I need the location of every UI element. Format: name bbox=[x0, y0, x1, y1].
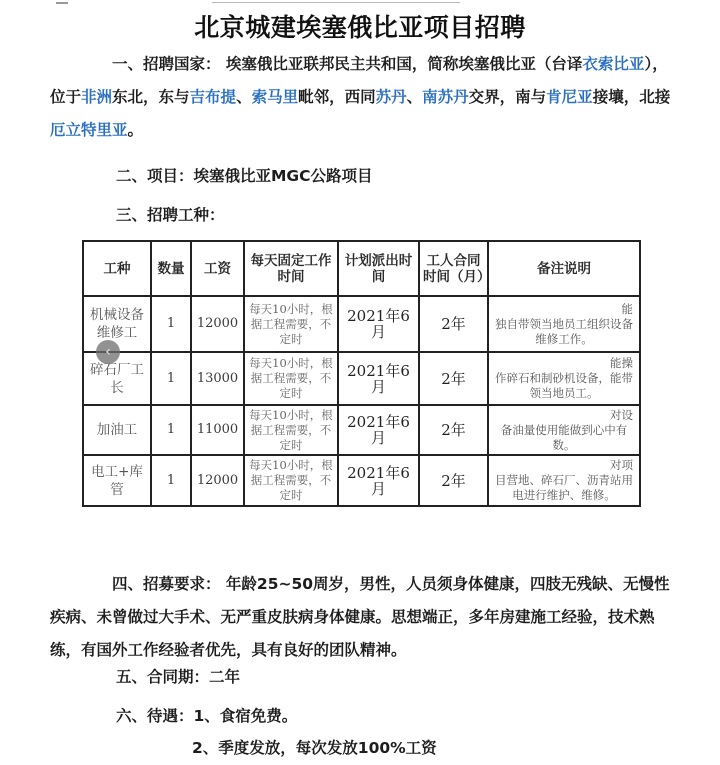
table-row: 电工+库管 1 12000 每天10小时，根据工程需要，不定时 2021年6月 … bbox=[83, 455, 640, 506]
section-requirements: 四、招募要求： 年龄25~50周岁，男性，人员须身体健康，四肢无残缺、无慢性疾病… bbox=[50, 568, 680, 667]
text-segment: 东北，东与 bbox=[112, 88, 190, 106]
cell-dispatch: 2021年6月 bbox=[338, 455, 419, 506]
header-contract: 工人合同时间（月） bbox=[419, 241, 488, 296]
table-header-row: 工种 数量 工资 每天固定工作时间 计划派出时间 工人合同时间（月） 备注说明 bbox=[83, 241, 640, 296]
page-title: 北京城建埃塞俄比亚项目招聘 bbox=[0, 8, 720, 44]
cell-dispatch: 2021年6月 bbox=[338, 296, 419, 352]
table-row: 加油工 1 11000 每天10小时，根据工程需要，不定时 2021年6月 2年… bbox=[83, 405, 640, 455]
cell-remark: 能独自带领当地员工组织设备维修工作。 bbox=[488, 296, 640, 352]
text-segment: 交界，南与 bbox=[469, 88, 547, 106]
section-contract-period: 五、合同期：二年 bbox=[116, 665, 240, 687]
cell-count: 1 bbox=[151, 352, 191, 405]
cell-count: 1 bbox=[151, 296, 191, 352]
job-table: 工种 数量 工资 每天固定工作时间 计划派出时间 工人合同时间（月） 备注说明 … bbox=[82, 240, 641, 507]
cell-hours: 每天10小时，根据工程需要，不定时 bbox=[244, 405, 338, 455]
place-link[interactable]: 厄立特里亚 bbox=[50, 121, 128, 139]
place-link[interactable]: 衣索比亚 bbox=[582, 55, 644, 73]
section-label: 一、招聘国家： bbox=[112, 55, 221, 73]
cell-job: 电工+库管 bbox=[83, 455, 151, 506]
header-job: 工种 bbox=[83, 241, 151, 296]
cell-remark: 对项目营地、碎石厂、沥青站用电进行维护、维修。 bbox=[488, 455, 640, 506]
section-job-types: 三、招聘工种： bbox=[116, 203, 225, 225]
cell-salary: 13000 bbox=[191, 352, 244, 405]
section-benefits: 六、待遇：1、食宿免费。 bbox=[116, 704, 297, 726]
table-row: 碎石厂工长 1 13000 每天10小时，根据工程需要，不定时 2021年6月 … bbox=[83, 352, 640, 405]
place-link[interactable]: 南苏丹 bbox=[422, 88, 469, 106]
cell-job: 加油工 bbox=[83, 405, 151, 455]
cell-hours: 每天10小时，根据工程需要，不定时 bbox=[244, 352, 338, 405]
section-label: 四、招募要求： bbox=[112, 575, 221, 593]
section-benefits-item-2: 2、季度发放，每次发放100%工资 bbox=[192, 736, 437, 758]
cell-hours: 每天10小时，根据工程需要，不定时 bbox=[244, 455, 338, 506]
cell-contract: 2年 bbox=[419, 296, 488, 352]
place-link[interactable]: 索马里 bbox=[252, 88, 299, 106]
cell-count: 1 bbox=[151, 405, 191, 455]
text-segment: 埃塞俄比亚联邦民主共和国，简称埃塞俄比亚（台译 bbox=[221, 55, 583, 73]
cell-remark: 对设备油量使用能做到心中有数。 bbox=[488, 405, 640, 455]
section-recruit-country: 一、招聘国家： 埃塞俄比亚联邦民主共和国，简称埃塞俄比亚（台译衣索比亚），位于非… bbox=[50, 48, 680, 147]
cell-contract: 2年 bbox=[419, 352, 488, 405]
place-link[interactable]: 苏丹 bbox=[376, 88, 407, 106]
cell-salary: 12000 bbox=[191, 296, 244, 352]
cell-dispatch: 2021年6月 bbox=[338, 352, 419, 405]
cell-contract: 2年 bbox=[419, 405, 488, 455]
section-project: 二、项目：埃塞俄比亚MGC公路项目 bbox=[116, 164, 373, 186]
cell-hours: 每天10小时，根据工程需要，不定时 bbox=[244, 296, 338, 352]
cell-dispatch: 2021年6月 bbox=[338, 405, 419, 455]
cell-count: 1 bbox=[151, 455, 191, 506]
header-dispatch: 计划派出时间 bbox=[338, 241, 419, 296]
text-segment: 、 bbox=[236, 88, 252, 106]
chevron-left-icon: ‹ bbox=[105, 344, 111, 360]
header-hours: 每天固定工作时间 bbox=[244, 241, 338, 296]
place-link[interactable]: 吉布提 bbox=[190, 88, 237, 106]
place-link[interactable]: 非洲 bbox=[81, 88, 112, 106]
text-segment: 。 bbox=[128, 121, 144, 139]
header-remark: 备注说明 bbox=[488, 241, 640, 296]
cell-job: 碎石厂工长 bbox=[83, 352, 151, 405]
cell-salary: 11000 bbox=[191, 405, 244, 455]
table-row: 机械设备维修工 1 12000 每天10小时，根据工程需要，不定时 2021年6… bbox=[83, 296, 640, 352]
header-count: 数量 bbox=[151, 241, 191, 296]
top-rule bbox=[56, 2, 68, 4]
cell-remark: 能操作碎石和制砂机设备，能带领当地员工。 bbox=[488, 352, 640, 405]
top-rule bbox=[212, 2, 460, 3]
cell-contract: 2年 bbox=[419, 455, 488, 506]
place-link[interactable]: 肯尼亚 bbox=[546, 88, 593, 106]
text-segment: 接壤，北接 bbox=[593, 88, 671, 106]
text-segment: 毗邻，西同 bbox=[298, 88, 376, 106]
cell-salary: 12000 bbox=[191, 455, 244, 506]
text-segment: 、 bbox=[407, 88, 423, 106]
scroll-back-button[interactable]: ‹ bbox=[96, 340, 120, 364]
header-salary: 工资 bbox=[191, 241, 244, 296]
